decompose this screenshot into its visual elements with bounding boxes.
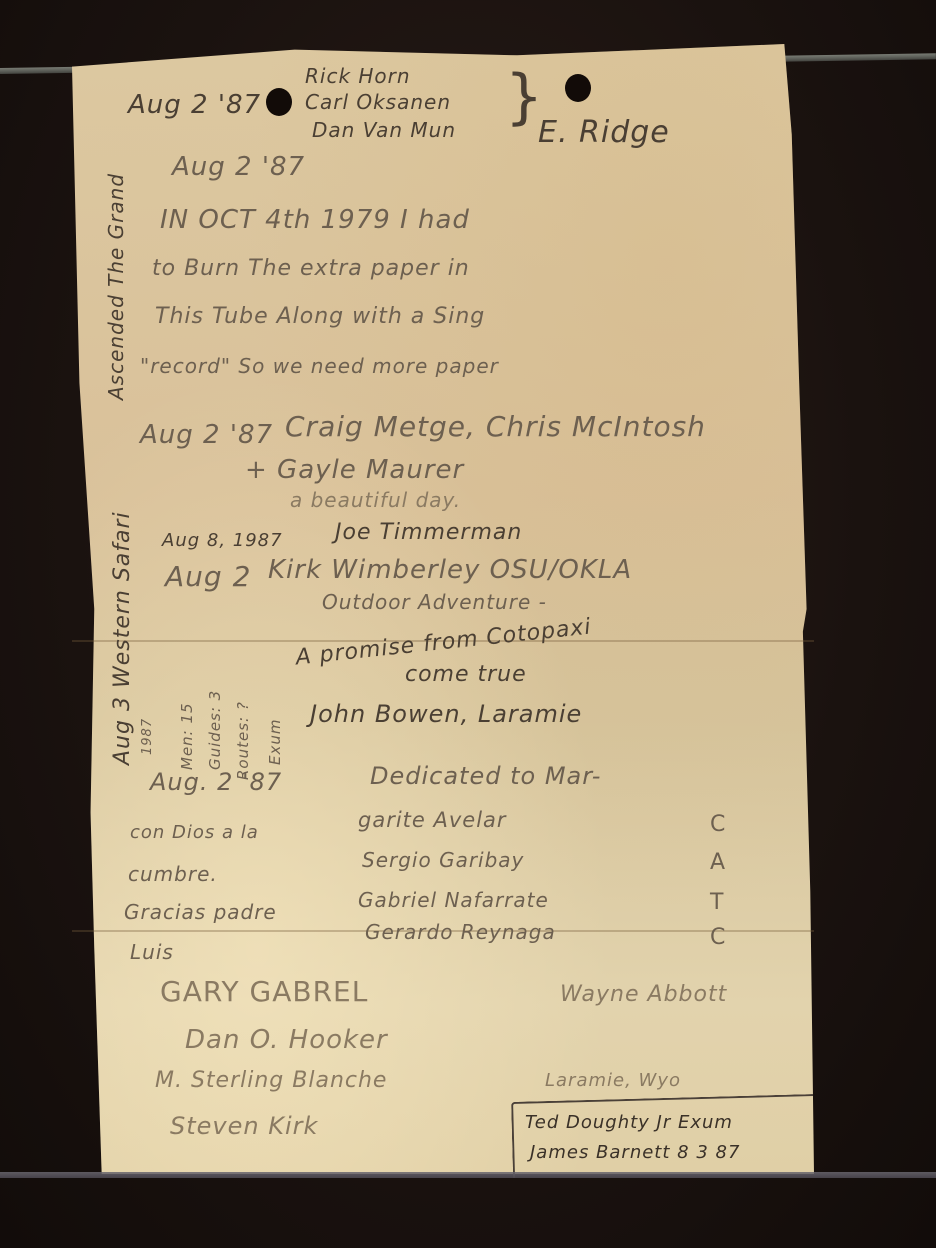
entry-text: garite Avelar xyxy=(358,808,507,832)
entry-date: Aug. 2 '87 xyxy=(150,768,282,796)
entry-name: Gabriel Nafarrate xyxy=(358,888,549,912)
entry-name: Laramie, Wyo xyxy=(545,1070,681,1091)
entry-name: Gerardo Reynaga xyxy=(365,920,556,944)
entry-name: Steven Kirk xyxy=(170,1112,318,1140)
entry-name: Rick Horn xyxy=(305,64,411,88)
entry-note: Outdoor Adventure - xyxy=(322,590,547,614)
boxed-entry xyxy=(511,1094,815,1178)
entry-name: Joe Timmerman xyxy=(335,520,522,545)
entry-name: John Bowen, Laramie xyxy=(310,700,582,728)
entry-text: This Tube Along with a Sing xyxy=(155,304,485,329)
entry-text: "record" So we need more paper xyxy=(140,354,499,378)
entry-name: Ted Doughty Jr Exum xyxy=(525,1112,733,1133)
entry-note: a beautiful day. xyxy=(290,488,461,512)
entry-name: James Barnett 8 3 87 xyxy=(530,1142,740,1163)
entry-date: Aug 2 '87 xyxy=(140,420,273,450)
margin-note: Guides: 3 xyxy=(206,690,224,770)
entry-text: come true xyxy=(405,662,527,687)
entry-text: cumbre. xyxy=(128,862,218,886)
entry-name: Kirk Wimberley OSU/OKLA xyxy=(268,555,632,585)
punch-hole xyxy=(565,74,591,102)
entry-date: Aug 2 '87 xyxy=(128,90,261,120)
entry-date: Aug 2 '87 xyxy=(172,152,305,182)
margin-note: 1987 xyxy=(140,718,155,755)
entry-name: Carl Oksanen xyxy=(305,90,451,114)
margin-note: Men: 15 xyxy=(178,702,196,770)
entry-name: Craig Metge, Chris McIntosh xyxy=(285,410,706,443)
punch-hole xyxy=(266,88,292,116)
side-letter: T xyxy=(710,890,724,915)
entry-name: + Gayle Maurer xyxy=(245,455,464,485)
side-letter: A xyxy=(710,850,726,875)
entry-date: Aug 8, 1987 xyxy=(162,530,283,551)
entry-name: Sergio Garibay xyxy=(362,848,524,872)
side-letter: C xyxy=(710,925,726,950)
entry-text: Gracias padre xyxy=(124,900,277,924)
entry-text: con Dios a la xyxy=(130,822,259,843)
entry-text: to Burn The extra paper in xyxy=(152,256,470,281)
entry-name: Wayne Abbott xyxy=(560,982,727,1007)
entry-route: E. Ridge xyxy=(538,115,670,150)
entry-text: Dedicated to Mar- xyxy=(370,762,601,790)
margin-note: Exum xyxy=(266,719,284,765)
side-letter: C xyxy=(710,812,726,837)
entry-date: Aug 2 xyxy=(165,560,251,593)
entry-name: Dan O. Hooker xyxy=(185,1025,388,1055)
entry-name: M. Sterling Blanche xyxy=(155,1068,387,1093)
entry-text: IN OCT 4th 1979 I had xyxy=(160,205,470,235)
margin-vertical-top: Ascended The Grand xyxy=(104,173,128,400)
glass-edge-bottom xyxy=(0,1172,936,1178)
entry-text: Luis xyxy=(130,940,174,964)
margin-vertical-middle: Aug 3 Western Safari xyxy=(110,511,135,765)
entry-name: GARY GABREL xyxy=(160,975,368,1008)
entry-name: Dan Van Mun xyxy=(312,118,456,142)
